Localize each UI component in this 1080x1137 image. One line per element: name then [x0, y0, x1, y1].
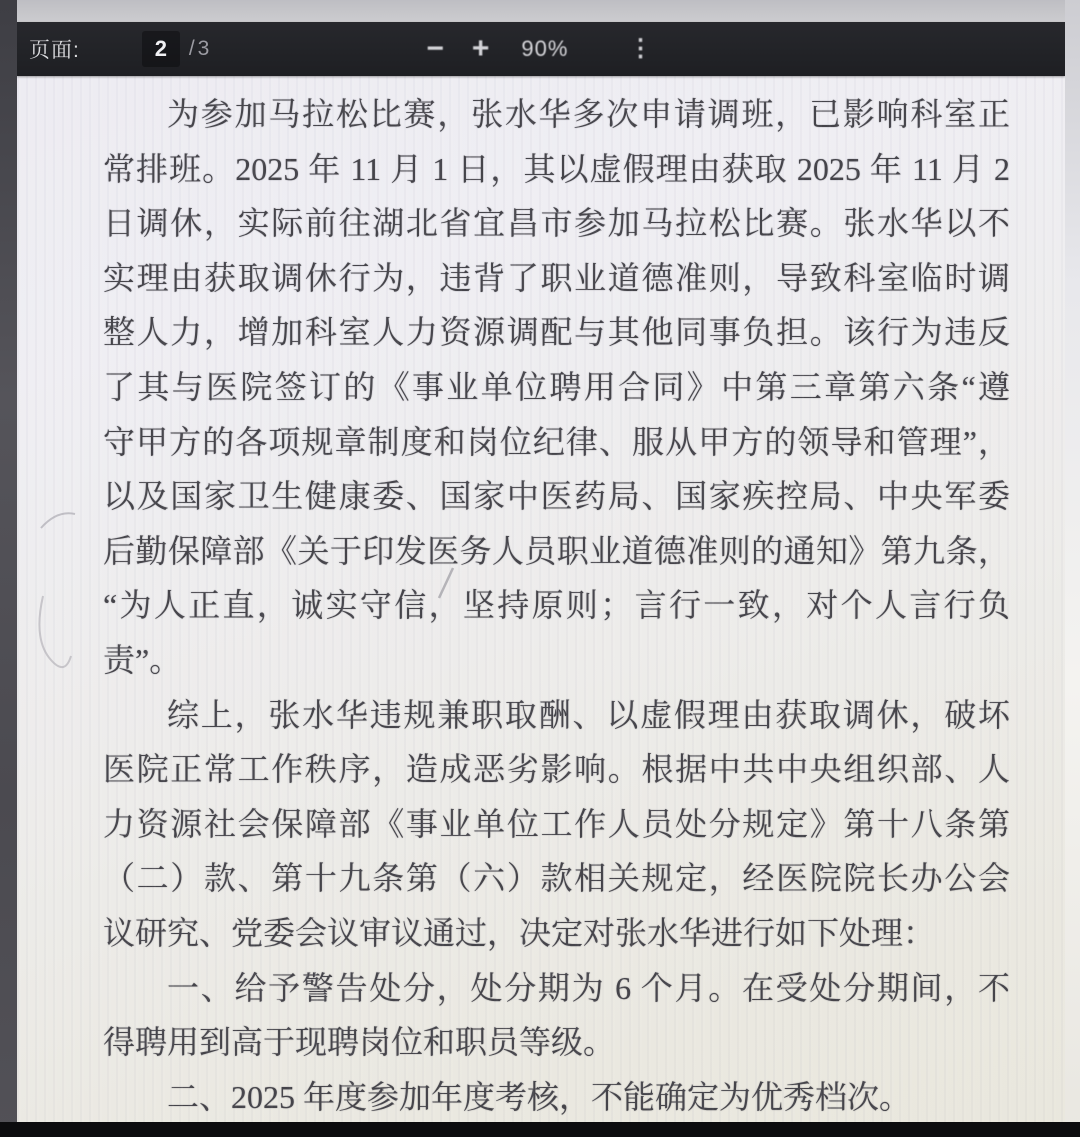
document-line: 综上，张水华违规兼职取酬、以虚假理由获取调休，破坏	[103, 688, 1010, 743]
document-line: 责”。	[103, 633, 1010, 688]
document-line: 常排班。2025 年 11 月 1 日，其以虚假理由获取 2025 年 11 月…	[103, 142, 1010, 197]
document-line: 了其与医院签订的《事业单位聘用合同》中第三章第六条“遵	[103, 360, 1010, 415]
minus-icon: −	[426, 32, 444, 65]
document-line: 整人力，增加科室人力资源调配与其他同事负担。该行为违反	[103, 305, 1010, 360]
document-page: 为参加马拉松比赛，张水华多次申请调班，已影响科室正 常排班。2025 年 11 …	[103, 87, 1010, 1124]
document-line: 以及国家卫生健康委、国家中医药局、国家疾控局、中央军委	[103, 469, 1010, 524]
pdf-viewer-toolbar: 页面: 2 /3 − + 90% ⋮	[17, 22, 1065, 76]
zoom-level: 90%	[521, 36, 568, 62]
document-line: 为参加马拉松比赛，张水华多次申请调班，已影响科室正	[103, 87, 1010, 142]
screen-right-edge	[1065, 0, 1080, 1137]
more-menu-button[interactable]: ⋮	[628, 37, 652, 61]
document-line: 议研究、党委会议审议通过，决定对张水华进行如下处理：	[103, 906, 1010, 961]
document-line: 后勤保障部《关于印发医务人员职业道德准则的通知》第九条，	[103, 524, 1010, 579]
screen-bottom-bezel	[0, 1122, 1080, 1137]
kebab-menu-icon: ⋮	[628, 35, 652, 62]
document-line: 守甲方的各项规章制度和岗位纪律、服从甲方的领导和管理”，	[103, 415, 1010, 470]
screen-left-bezel	[0, 0, 17, 1137]
document-line: 得聘用到高于现聘岗位和职员等级。	[103, 1015, 1010, 1070]
document-line: 日调休，实际前往湖北省宜昌市参加马拉松比赛。张水华以不	[103, 196, 1010, 251]
document-line: “为人正直，诚实守信，坚持原则；言行一致，对个人言行负	[103, 578, 1010, 633]
document-line: 实理由获取调休行为，违背了职业道德准则，导致科室临时调	[103, 251, 1010, 306]
page-total: /3	[189, 37, 213, 61]
zoom-out-button[interactable]: −	[426, 34, 444, 64]
document-line: （二）款、第十九条第（六）款相关规定，经医院院长办公会	[103, 851, 1010, 906]
document-viewport[interactable]: 为参加马拉松比赛，张水华多次申请调班，已影响科室正 常排班。2025 年 11 …	[17, 76, 1065, 1137]
document-line: 二、2025 年度参加年度考核，不能确定为优秀档次。	[103, 1070, 1010, 1125]
page-label: 页面:	[29, 34, 80, 64]
zoom-in-button[interactable]: +	[472, 34, 490, 64]
document-line: 力资源社会保障部《事业单位工作人员处分规定》第十八条第	[103, 797, 1010, 852]
screen-top-strip	[17, 0, 1065, 22]
page-number-input[interactable]: 2	[142, 31, 180, 67]
document-line: 一、给予警告处分，处分期为 6 个月。在受处分期间，不	[103, 961, 1010, 1016]
plus-icon: +	[472, 32, 490, 65]
document-line: 医院正常工作秩序，造成恶劣影响。根据中共中央组织部、人	[103, 742, 1010, 797]
